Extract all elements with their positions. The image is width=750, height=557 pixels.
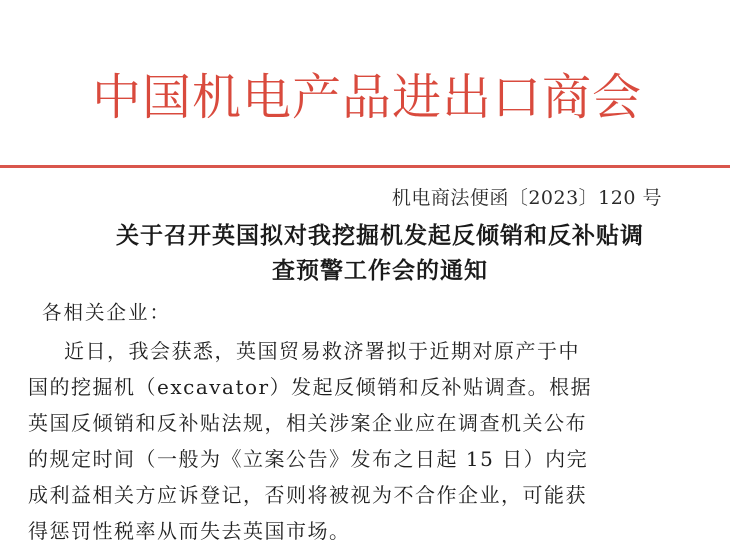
- salutation: 各相关企业：: [42, 299, 171, 327]
- body-line: 近日，我会获悉，英国贸易救济署拟于近期对原产于中: [28, 333, 698, 369]
- body-line: 得惩罚性税率从而失去英国市场。: [28, 513, 698, 549]
- document-title: 关于召开英国拟对我挖掘机发起反倾销和反补贴调 查预警工作会的通知: [40, 219, 720, 289]
- body-line: 英国反倾销和反补贴法规，相关涉案企业应在调查机关公布: [28, 405, 698, 441]
- document-title-line: 关于召开英国拟对我挖掘机发起反倾销和反补贴调: [40, 219, 720, 254]
- body-line: 的规定时间（一般为《立案公告》发布之日起 15 日）内完: [28, 441, 698, 477]
- body-line: 国的挖掘机（excavator）发起反倾销和反补贴调查。根据: [28, 369, 698, 405]
- document-title-line: 查预警工作会的通知: [40, 254, 720, 289]
- organization-header: 中国机电产品进出口商会: [0, 66, 742, 130]
- document-number: 机电商法便函〔2023〕120 号: [392, 185, 662, 211]
- body-line: 成利益相关方应诉登记，否则将被视为不合作企业，可能获: [28, 477, 698, 513]
- red-divider-line: [0, 165, 730, 168]
- body-paragraph: 近日，我会获悉，英国贸易救济署拟于近期对原产于中 国的挖掘机（excavator…: [28, 333, 698, 549]
